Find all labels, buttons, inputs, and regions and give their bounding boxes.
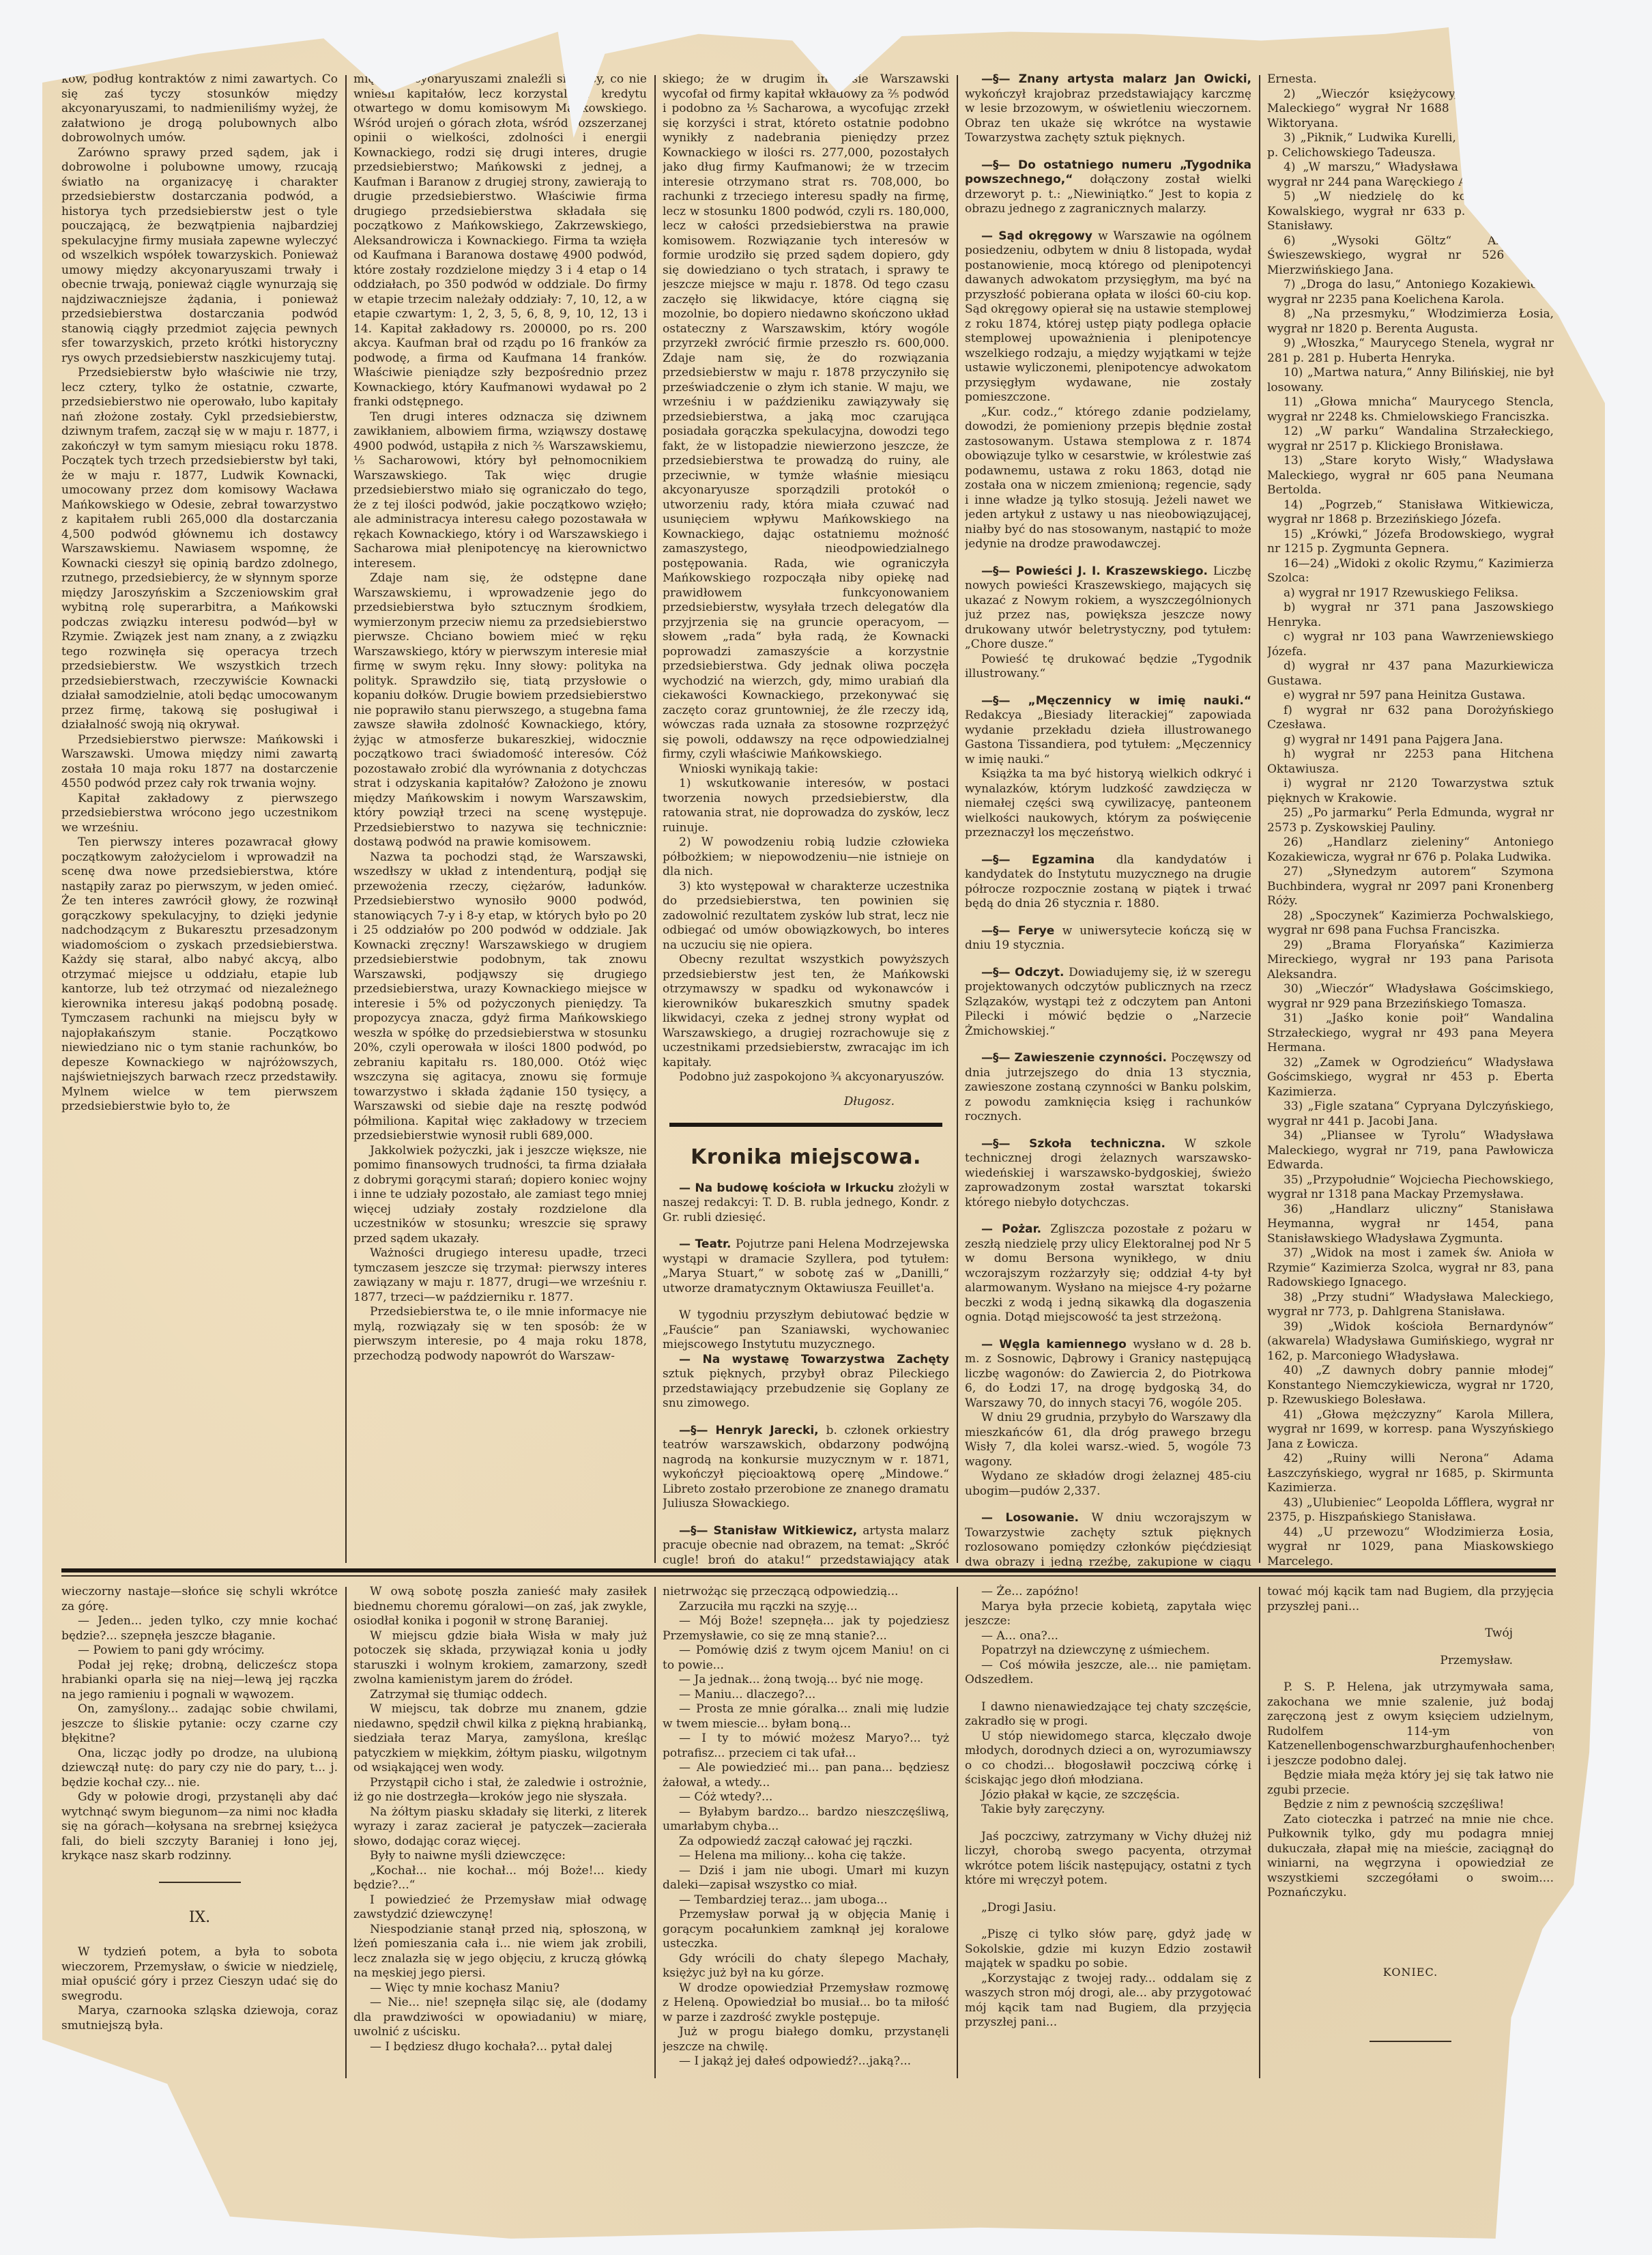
paragraph: Zatrzymał się tłumiąc oddech. — [353, 1688, 647, 1703]
news-item: —§— Powieści J. I. Kraszewskiego. Liczbę… — [965, 564, 1251, 652]
lottery-entry: 44) „U przewozu“ Włodzimierza Łosia, wyg… — [1267, 1525, 1554, 1568]
paragraph: Zdaje nam się, że odstępne dane Warszaws… — [353, 571, 647, 850]
lottery-entry: 33) „Figle szatana“ Cypryana Dylczyńskie… — [1267, 1100, 1554, 1129]
lottery-entry: 27) „Słynedzym autorem“ Szymona Buchbind… — [1267, 865, 1554, 909]
news-item: —§— Ferye w uniwersytecie kończą się w d… — [965, 924, 1251, 953]
spacer — [1267, 1913, 1554, 1925]
paragraph: Już w progu białego domku, przystanęli j… — [663, 2025, 949, 2054]
paragraph: Podał jej rękę; drobną, delicześcz stopa… — [61, 1658, 338, 1703]
paragraph: — Byłabym bardzo... bardzo nieszczęśliwą… — [663, 1805, 949, 1835]
lottery-entry: Ernesta. — [1267, 72, 1554, 87]
news-item-lead: — Na budowę kościoła w Irkucku — [679, 1181, 898, 1195]
spacer — [965, 841, 1251, 853]
paragraph: W miejscu gdzie biała Wisła w mały już p… — [353, 1629, 647, 1688]
news-item: —§— Szkoła techniczna. W szkole technicz… — [965, 1137, 1251, 1211]
news-item: —§— „Męczennicy w imię nauki.“ Redakcya … — [965, 694, 1251, 768]
lottery-entry: 38) „Przy studni“ Władysława Maleckiego,… — [1267, 1291, 1554, 1320]
feuilleton-column-5: tować mój kącik tam nad Bugiem, dla przy… — [1267, 1585, 1554, 2199]
news-item-lead: —§— „Męczennicy w imię nauki.“ — [981, 694, 1251, 708]
lottery-entry: 4) „W marszu,“ Władysława Malkowskiego, … — [1267, 160, 1554, 190]
paragraph: — I ty to mówić możesz Maryo?... tyż pot… — [663, 1732, 949, 1761]
lottery-entry: 35) „Przypołudnie“ Wojciecha Piechowskie… — [1267, 1173, 1554, 1203]
paragraph: wieczorny nastaje—słońce się schyli wkró… — [61, 1585, 338, 1614]
paragraph: skiego; że w drugim interesie Warszawski… — [663, 72, 949, 762]
author-signature: Długosz. — [663, 1095, 949, 1110]
spacer — [965, 1210, 1251, 1222]
paragraph: Kapitał zakładowy z pierwszego przedsieb… — [61, 792, 338, 836]
news-item-lead: —§— Szkoła techniczna. — [981, 1137, 1185, 1151]
spacer — [1267, 1925, 1554, 1938]
paragraph: Na żółtym piasku składały się literki, z… — [353, 1805, 647, 1850]
news-item-lead: — Sąd okręgowy — [981, 229, 1098, 243]
paragraph: między akcyonaryuszami znaleźli się tacy… — [353, 72, 647, 410]
paragraph: — I jakąż jej dałeś odpowiedź?...jaką?..… — [663, 2054, 949, 2069]
lottery-entry: c) wygrał nr 103 pana Wawrzeniewskiego J… — [1267, 630, 1554, 659]
news-item: — Na budowę kościoła w Irkucku złożyli w… — [663, 1181, 949, 1226]
news-item: —§— Stanisław Witkiewicz, artysta malarz… — [663, 1524, 949, 1568]
spacer — [965, 912, 1251, 924]
lottery-entry: 5) „W niedzielę do kościoła,“ Jana Kowal… — [1267, 190, 1554, 234]
news-item: Wydano ze składów drogi żelaznej 485-ciu… — [965, 1469, 1251, 1499]
lottery-entry: 26) „Handlarz zieleniny“ Antoniego Kozak… — [1267, 835, 1554, 865]
news-item-text: sztuk pięknych, przybył obraz Pileckiego… — [663, 1367, 949, 1410]
spacer — [965, 1888, 1251, 1901]
paragraph: Ona, licząc jodły po drodze, na ulubioną… — [61, 1747, 338, 1791]
lottery-entry: 34) „Pliansee w Tyrolu“ Władysława Malec… — [1267, 1129, 1554, 1173]
news-item-text: W dniu 29 grudnia, przybyło do Warszawy … — [965, 1411, 1251, 1469]
lottery-entry: 39) „Widok kościoła Bernardynów“ (akware… — [1267, 1320, 1554, 1364]
news-item-text: Powieść tę drukować będzie „Tygodnik ill… — [965, 652, 1251, 681]
lottery-entry: 3) „Piknik,“ Ludwika Kurelli, wygrał nr … — [1267, 131, 1554, 160]
news-item: Powieść tę drukować będzie „Tygodnik ill… — [965, 652, 1251, 682]
lottery-entry: 2) „Wieczór księżycowy,“ Władysława Male… — [1267, 87, 1554, 132]
newspaper-page: 2 ków, podług kontraktów z nimi zawartyc… — [42, 27, 1605, 2239]
spacer — [965, 1818, 1251, 1830]
paragraph: Gdy w połowie drogi, przystanęli aby dać… — [61, 1790, 338, 1864]
spacer — [663, 1512, 949, 1524]
news-item: —§— Do ostatniego numeru „Tygodnika pows… — [965, 158, 1251, 217]
column-rule — [654, 75, 656, 1563]
news-item: W tygodniu przyszłym debiutować będzie w… — [663, 1308, 949, 1353]
column-rule — [1259, 75, 1260, 1563]
top-column-5: Ernesta.2) „Wieczór księżycowy,“ Władysł… — [1267, 72, 1554, 1567]
paragraph: — Nie... nie! szepnęła siląc się, ale (d… — [353, 1996, 647, 2040]
news-item-text: „Kur. codz.,“ którego zdanie podzielamy,… — [965, 405, 1251, 551]
page-number: 2 — [861, 33, 874, 55]
paragraph: „Kochał... nie kochał... mój Boże!... ki… — [353, 1864, 647, 1893]
paragraph: Podobno już zaspokojono ¾ akcyonaryuszów… — [663, 1070, 949, 1085]
paragraph: On, zamyślony... zadając sobie chwilami,… — [61, 1702, 338, 1747]
top-column-4: —§— Znany artysta malarz Jan Owicki, wyk… — [965, 72, 1251, 1567]
short-rule — [159, 1882, 241, 1883]
column-rule — [957, 75, 958, 1563]
paragraph: Nazwa ta pochodzi stąd, że Warszawski, w… — [353, 850, 647, 1144]
paragraph: „Korzystając z twojej rady... oddalam si… — [965, 1972, 1251, 2030]
news-item: —§— Henryk Jarecki, b. członek orkiestry… — [663, 1424, 949, 1512]
paragraph: P. S. P. Helena, jak utrzymywała sama, z… — [1267, 1680, 1554, 1768]
paragraph: 2) W powodzeniu robią ludzie człowieka p… — [663, 835, 949, 880]
paragraph: Takie były zaręczyny. — [965, 1802, 1251, 1818]
paragraph: — Coś mówiła jeszcze, ale... nie pamięta… — [965, 1658, 1251, 1688]
paragraph: Jakkolwiek pożyczki, jak i jeszcze więks… — [353, 1144, 647, 1247]
lottery-entry: 28) „Spoczynek“ Kazimierza Pochwalskiego… — [1267, 909, 1554, 938]
lottery-entry: 15) „Krówki,“ Józefa Brodowskiego, wygra… — [1267, 528, 1554, 557]
news-item: W dniu 29 grudnia, przybyło do Warszawy … — [965, 1411, 1251, 1469]
paragraph: ków, podług kontraktów z nimi zawartych.… — [61, 72, 338, 146]
paragraph: — Dziś i jam nie ubogi. Umarł mi kuzyn d… — [663, 1864, 949, 1893]
news-item-lead: — Losowanie. — [981, 1511, 1091, 1525]
news-item-text: Redakcya „Biesiady literackiej“ zapowiad… — [965, 708, 1251, 766]
paragraph: W tydzień potem, a była to sobota wieczo… — [61, 1945, 338, 2004]
feuilleton-column-4: — Że... zapóźno!Marya była przecie kobie… — [965, 1585, 1251, 2199]
spacer — [965, 1688, 1251, 1700]
news-item-lead: —§— Egzamina — [981, 853, 1116, 867]
paragraph: — Cóż wtedy?... — [663, 1790, 949, 1805]
top-column-1: ków, podług kontraktów z nimi zawartych.… — [61, 72, 338, 1567]
paragraph: „Drogi Jasiu. — [965, 1901, 1251, 1916]
news-item-lead: —§— Ferye — [981, 924, 1062, 938]
news-item: — Na wystawę Towarzystwa Zachęty sztuk p… — [663, 1353, 949, 1411]
lottery-entry: 31) „Jaśko konie poił“ Wandalina Strzałe… — [1267, 1011, 1554, 1056]
paragraph: — Prosta ze mnie góralka... znali mię lu… — [663, 1702, 949, 1732]
paragraph: Przystąpił cicho i stał, że zaledwie i o… — [353, 1776, 647, 1805]
news-item-lead: —§— Stanisław Witkiewicz, — [679, 1524, 863, 1538]
lottery-entry: 30) „Wieczór“ Władysława Gościmskiego, w… — [1267, 982, 1554, 1011]
spacer — [965, 953, 1251, 966]
lottery-entry: 42) „Ruiny willi Nerona“ Adama Łaszczyńs… — [1267, 1452, 1554, 1496]
paragraph: — Pomówię dziś z twym ojcem Maniu! on ci… — [663, 1643, 949, 1673]
paragraph: nietrwożąc się przeczącą odpowiedzią... — [663, 1585, 949, 1600]
news-item-lead: —§— Znany artysta malarz Jan Owicki, — [981, 72, 1251, 86]
paragraph: Zarzuciła mu rączki na szyję... — [663, 1600, 949, 1615]
lottery-entry: 12) „W parku“ Wandalina Strzałeckiego, w… — [1267, 425, 1554, 454]
section-heading-kronika: Kronika miejscowa. — [663, 1150, 949, 1165]
news-item-text: Książka ta ma być historyą wielkich odkr… — [965, 767, 1251, 839]
spacer — [1267, 1641, 1554, 1654]
paragraph: Przedsiebierstwa te, o ile mnie informac… — [353, 1305, 647, 1364]
news-item: — Sąd okręgowy w Warszawie na ogólnem po… — [965, 229, 1251, 405]
feuilleton-column-3: nietrwożąc się przeczącą odpowiedzią...Z… — [663, 1585, 949, 2199]
news-item-lead: — Na wystawę Towarzystwa Zachęty — [679, 1353, 949, 1366]
news-item: — Pożar. Zgliszcza pozostałe z pożaru w … — [965, 1222, 1251, 1325]
paragraph: — Tembardziej teraz... jam uboga... — [663, 1893, 949, 1908]
news-item: — Węgla kamiennego wysłano w d. 28 b. m.… — [965, 1338, 1251, 1411]
paragraph: W ową sobotę poszła zanieść mały zasiłek… — [353, 1585, 647, 1629]
spacer — [965, 146, 1251, 158]
news-item: „Kur. codz.,“ którego zdanie podzielamy,… — [965, 405, 1251, 552]
letter-closing: Przemysław. — [1267, 1654, 1554, 1669]
lottery-entry: 25) „Po jarmarku“ Perla Edmunda, wygrał … — [1267, 806, 1554, 835]
lottery-entry: 37) „Widok na most i zamek św. Anioła w … — [1267, 1246, 1554, 1291]
paragraph: Józio płakał w kącie, ze szczęścia. — [965, 1788, 1251, 1803]
lottery-entry: 11) „Głowa mnicha“ Maurycego Stencla, wy… — [1267, 395, 1554, 425]
news-item-lead: —§— Odczyt. — [981, 966, 1069, 979]
paragraph: Marya, czarnooka szląska dziewoja, coraz… — [61, 2004, 338, 2033]
lottery-entry: 10) „Martwa natura,“ Anny Bilińskiej, ni… — [1267, 366, 1554, 395]
spacer — [965, 1039, 1251, 1051]
news-item: —§— Odczyt. Dowiadujemy się, iż w szereg… — [965, 966, 1251, 1039]
column-rule — [1259, 1587, 1260, 2078]
feuilleton-column-2: W ową sobotę poszła zanieść mały zasiłek… — [353, 1585, 647, 2199]
paragraph: Gdy wrócili do chaty ślepego Machały, ks… — [663, 1952, 949, 1981]
lottery-entry: 36) „Handlarz uliczny“ Stanisława Heyman… — [1267, 1203, 1554, 1247]
short-rule — [1370, 2041, 1451, 2042]
lottery-entry: 16—24) „Widoki z okolic Rzymu,“ Kazimier… — [1267, 557, 1554, 586]
lottery-entry: 41) „Głowa mężczyzny“ Karola Millera, wy… — [1267, 1408, 1554, 1452]
chapter-number: IX. — [61, 1910, 338, 1925]
news-item-lead: — Pożar. — [981, 1222, 1050, 1236]
paragraph: 3) kto występował w charakterze uczestni… — [663, 880, 949, 953]
paragraph: Zato cioteczka i patrzeć na mnie nie chc… — [1267, 1813, 1554, 1901]
spacer — [663, 1411, 949, 1424]
lottery-entry: 29) „Brama Floryańska“ Kazimierza Mireck… — [1267, 938, 1554, 983]
spacer — [965, 1499, 1251, 1511]
paragraph: — Więc ty mnie kochasz Maniu? — [353, 1981, 647, 1996]
lottery-entry: 14) „Pogrzeb,“ Stanisława Witkiewicza, w… — [1267, 498, 1554, 528]
news-item: —§— Znany artysta malarz Jan Owicki, wyk… — [965, 72, 1251, 146]
spacer — [965, 682, 1251, 694]
paragraph: Jaś poczciwy, zatrzymany w Vichy dłużej … — [965, 1830, 1251, 1888]
column-rule — [345, 1587, 347, 2078]
paragraph: „Piszę ci tylko słów parę, gdyż jadę w S… — [965, 1927, 1251, 1972]
paragraph: tować mój kącik tam nad Bugiem, dla przy… — [1267, 1585, 1554, 1614]
paragraph: I dawno nienawiedzające tej chaty szczęś… — [965, 1700, 1251, 1729]
lottery-entry: 8) „Na przesmyku,“ Włodzimierza Łosia, w… — [1267, 307, 1554, 336]
spacer — [663, 1296, 949, 1308]
lottery-entry: 7) „Droga do lasu,“ Antoniego Kozakiewic… — [1267, 278, 1554, 307]
news-item-lead: — Węgla kamiennego — [981, 1338, 1133, 1351]
top-column-2: między akcyonaryuszami znaleźli się tacy… — [353, 72, 647, 1567]
paragraph: — Maniu... dlaczego?... — [663, 1688, 949, 1703]
lottery-entry: 43) „Ulubieniec“ Leopolda Lőfflera, wygr… — [1267, 1496, 1554, 1525]
paragraph: W miejscu, tak dobrze mu znanem, gdzie n… — [353, 1702, 647, 1776]
paragraph: W drodze opowiedział Przemysław rozmowę … — [663, 1981, 949, 2026]
spacer — [965, 217, 1251, 229]
paragraph: Marya była przecie kobietą, zapytała wię… — [965, 1600, 1251, 1629]
column-rule — [654, 1587, 656, 2078]
end-mark: KONIEC. — [1267, 1965, 1554, 1980]
spacer — [1267, 1668, 1554, 1680]
paragraph: — Że... zapóźno! — [965, 1585, 1251, 1600]
news-item: —§— Zawieszenie czynności. Poczęwszy od … — [965, 1051, 1251, 1125]
feuilleton-separator — [61, 1568, 1556, 1572]
paragraph: — Mój Boże! szepnęła... jak ty pojedzies… — [663, 1614, 949, 1643]
paragraph: — A... ona?... — [965, 1629, 1251, 1644]
spacer — [965, 552, 1251, 564]
paragraph: Zarówno sprawy przed sądem, jak i dobrow… — [61, 146, 338, 367]
lottery-entry: 9) „Włoszka,“ Maurycego Stenela, wygrał … — [1267, 336, 1554, 366]
paragraph: 1) wskutkowanie interesów, w postaci two… — [663, 777, 949, 835]
paragraph: — Powiem to pani gdy wrócimy. — [61, 1643, 338, 1658]
lottery-entry: i) wygrał nr 2120 Towarzystwa sztuk pięk… — [1267, 777, 1554, 806]
news-item: —§— Egzamina dla kandydatów i kandydatek… — [965, 853, 1251, 912]
news-item: Książka ta ma być historyą wielkich odkr… — [965, 767, 1251, 841]
news-item-text: w Warszawie na ogólnem posiedzeniu, odby… — [965, 229, 1251, 405]
paragraph: Będzie z nim z pewnością szczęśliwa! — [1267, 1798, 1554, 1813]
paragraph: Były to naiwne myśli dziewczęce: — [353, 1849, 647, 1864]
paragraph: Wnioski wynikają takie: — [663, 762, 949, 777]
spacer — [663, 1225, 949, 1237]
paragraph: Będzie miała męża który jej się tak łatw… — [1267, 1768, 1554, 1798]
lottery-entry: e) wygrał nr 597 pana Heinitza Gustawa. — [1267, 689, 1554, 704]
paragraph: — Ale powiedzieć mi... pan pana... będzi… — [663, 1761, 949, 1790]
news-item-lead: —§— Zawieszenie czynności. — [981, 1051, 1171, 1065]
paragraph: Ten drugi interes odznacza się dziwnem z… — [353, 410, 647, 572]
spacer — [1267, 1901, 1554, 1913]
paragraph: Niespodzianie stanął przed nią, spłoszon… — [353, 1923, 647, 1981]
news-item: — Teatr. Pojutrze pani Helena Modrzejews… — [663, 1237, 949, 1296]
paragraph: — Ja jednak... żoną twoją... być nie mog… — [663, 1673, 949, 1688]
lottery-entry: 32) „Zamek w Ogrodzieńcu“ Władysława Goś… — [1267, 1056, 1554, 1100]
spacer — [965, 1325, 1251, 1338]
feuilleton-separator-thin — [61, 1575, 1556, 1577]
lottery-entry: d) wygrał nr 437 pana Mazurkiewicza Gust… — [1267, 659, 1554, 689]
lottery-entry: 6) „Wysoki Göltz“ Aleksandra Świeszewski… — [1267, 234, 1554, 278]
letter-closing: Twój — [1267, 1626, 1554, 1641]
paragraph: U stóp niewidomego starca, klęczało dwoj… — [965, 1729, 1251, 1788]
section-rule — [669, 1123, 942, 1127]
news-item-text: W tygodniu przyszłym debiutować będzie w… — [663, 1308, 949, 1351]
news-item-lead: —§— Powieści J. I. Kraszewskiego. — [981, 564, 1213, 578]
paragraph: Przedsiebierstw było właściwie nie trzy,… — [61, 366, 338, 733]
paragraph: Ważności drugiego interesu upadłe, trzec… — [353, 1246, 647, 1305]
news-item-text: wykończył krajobraz przedstawiający karc… — [965, 87, 1251, 145]
paragraph: Przemysław porwał ją w objęcia Manię i g… — [663, 1908, 949, 1952]
news-item-text: Wydano ze składów drogi żelaznej 485-ciu… — [965, 1469, 1251, 1498]
news-item-lead: —§— Henryk Jarecki, — [679, 1424, 826, 1437]
paragraph: Za odpowiedź zaczął całować jej rączki. — [663, 1835, 949, 1850]
lottery-entry: 40) „Z dawnych dobry pannie młodej“ Kons… — [1267, 1364, 1554, 1408]
column-rule — [345, 75, 347, 1563]
news-item-lead: — Teatr. — [679, 1237, 736, 1251]
lottery-entry: 13) „Stare koryto Wisły,“ Władysława Mal… — [1267, 454, 1554, 498]
news-item: — Losowanie. W dniu wczorajszym w Towarz… — [965, 1511, 1251, 1567]
lottery-entry: f) wygrał nr 632 pana Dorożyńskiego Czes… — [1267, 704, 1554, 733]
lottery-entry: g) wygrał nr 1491 pana Pajgera Jana. — [1267, 733, 1554, 748]
paragraph: — I będziesz długo kochała?... pytał dal… — [353, 2040, 647, 2055]
paragraph: — Jeden... jeden tylko, czy mnie kochać … — [61, 1614, 338, 1643]
paragraph: — Helena ma miliony... koha cię także. — [663, 1849, 949, 1864]
paragraph: Popatrzył na dziewczynę z uśmiechem. — [965, 1643, 1251, 1658]
spacer — [1267, 1614, 1554, 1626]
news-item-text: Zgliszcza pozostałe z pożaru w zeszłą ni… — [965, 1222, 1251, 1324]
lottery-entry: b) wygrał nr 371 pana Jaszowskiego Henry… — [1267, 601, 1554, 630]
feuilleton-column-1: wieczorny nastaje—słońce się schyli wkró… — [61, 1585, 338, 2199]
paragraph: Ten pierwszy interes pozawracał głowy po… — [61, 835, 338, 1115]
top-column-3: skiego; że w drugim interesie Warszawski… — [663, 72, 949, 1567]
lottery-entry: a) wygrał nr 1917 Rzewuskiego Feliksa. — [1267, 586, 1554, 601]
column-rule — [957, 1587, 958, 2078]
paragraph: Obecny rezultat wszystkich powyższych pr… — [663, 953, 949, 1070]
spacer — [965, 1915, 1251, 1927]
paragraph: I powiedzieć że Przemysław miał odwagę z… — [353, 1893, 647, 1923]
spacer — [965, 1125, 1251, 1137]
lottery-entry: h) wygrał nr 2253 pana Hitchena Oktawius… — [1267, 747, 1554, 777]
paragraph: Przedsiebierstwo pierwsze: Mańkowski i W… — [61, 733, 338, 792]
